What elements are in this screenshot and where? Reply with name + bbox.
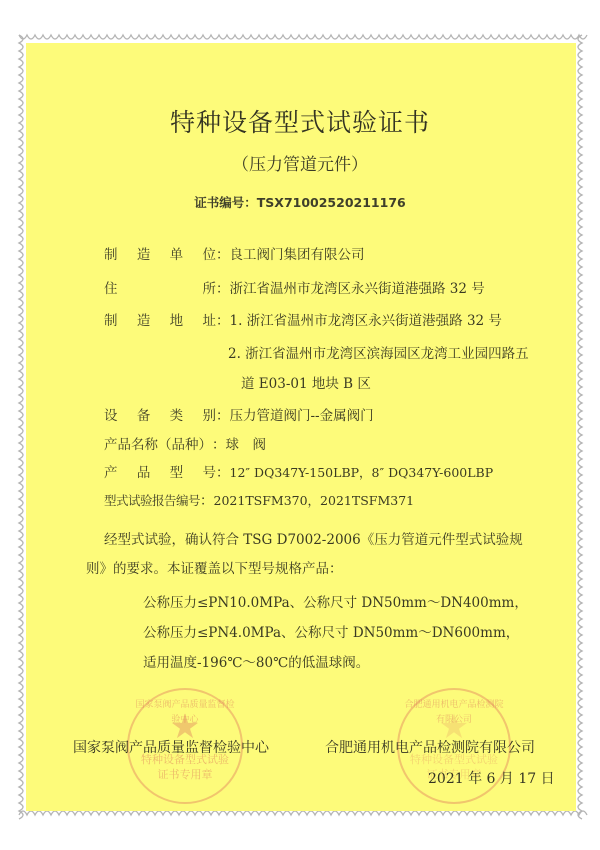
left-seal-line2: 证书专用章 <box>158 767 213 782</box>
field-value: 良工阀门集团有限公司 <box>230 243 365 263</box>
field-equipment-category: 设 备 类 别 ：压力管道阀门--金属阀门 <box>104 404 374 424</box>
certificate-number-value: TSX71002520211176 <box>257 195 406 210</box>
field-label: 制 造 地 址 <box>104 309 216 329</box>
issuer-left: 国家泵阀产品质量监督检验中心 <box>73 737 269 757</box>
issuer-right: 合肥通用机电产品检测院有限公司 <box>325 737 535 757</box>
left-seal-ring-text: 国家泵阀产品质量监督检验中心 <box>135 698 235 728</box>
field-value: 2021TSFM370，2021TSFM371 <box>214 491 415 509</box>
certificate-subtitle: （压力管道元件） <box>0 150 600 175</box>
address-line-1: 1. 浙江省温州市龙湾区永兴街道港强路 32 号 <box>230 309 502 329</box>
field-value: 浙江省温州市龙湾区永兴街道港强路 32 号 <box>230 277 485 297</box>
field-label: 制 造 单 位 <box>104 243 216 263</box>
field-label: 产品名称（品种） <box>104 433 212 453</box>
address-line-2: 2. 浙江省温州市龙湾区滨海园区龙湾工业园四路五 <box>228 342 529 362</box>
field-label: 住 所 <box>104 277 216 297</box>
field-manufacturing-address: 制 造 地 址 ：1. 浙江省温州市龙湾区永兴街道港强路 32 号 <box>104 309 502 329</box>
field-value: 球 阀 <box>226 433 267 453</box>
field-product-name: 产品名称（品种）：球 阀 <box>104 433 266 453</box>
field-value: 12″ DQ347Y-150LBP，8″ DQ347Y-600LBP <box>230 463 494 481</box>
issue-date: 2021 年 6 月 17 日 <box>428 768 555 788</box>
address-line-3: 道 E03-01 地块 B 区 <box>241 372 371 392</box>
spec-line-2: 公称压力≤PN4.0MPa、公称尺寸 DN50mm～DN600mm， <box>143 621 519 641</box>
field-label: 型式试验报告编号 <box>104 491 200 509</box>
certificate-title: 特种设备型式试验证书 <box>0 103 600 139</box>
field-product-model: 产 品 型 号 ：12″ DQ347Y-150LBP，8″ DQ347Y-600… <box>104 461 493 481</box>
spec-line-3: 适用温度-196℃～80℃的低温球阀。 <box>143 651 369 671</box>
certificate-number: 证书编号：TSX71002520211176 <box>0 193 600 211</box>
field-manufacturer: 制 造 单 位 ：良工阀门集团有限公司 <box>104 243 365 263</box>
statement-line-1: 经型式试验，确认符合 TSG D7002-2006《压力管道元件型式试验规 <box>104 528 523 548</box>
statement-line-2: 则》的要求。本证覆盖以下型号规格产品： <box>86 557 343 577</box>
field-residence: 住 所 ：浙江省温州市龙湾区永兴街道港强路 32 号 <box>104 277 485 297</box>
spec-line-1: 公称压力≤PN10.0MPa、公称尺寸 DN50mm～DN400mm， <box>143 591 528 611</box>
field-value: 压力管道阀门--金属阀门 <box>230 404 374 424</box>
field-label: 设 备 类 别 <box>104 404 216 424</box>
field-test-report-number: 型式试验报告编号：2021TSFM370，2021TSFM371 <box>104 489 414 509</box>
field-label: 产 品 型 号 <box>104 461 216 481</box>
certificate-number-label: 证书编号： <box>194 195 257 210</box>
